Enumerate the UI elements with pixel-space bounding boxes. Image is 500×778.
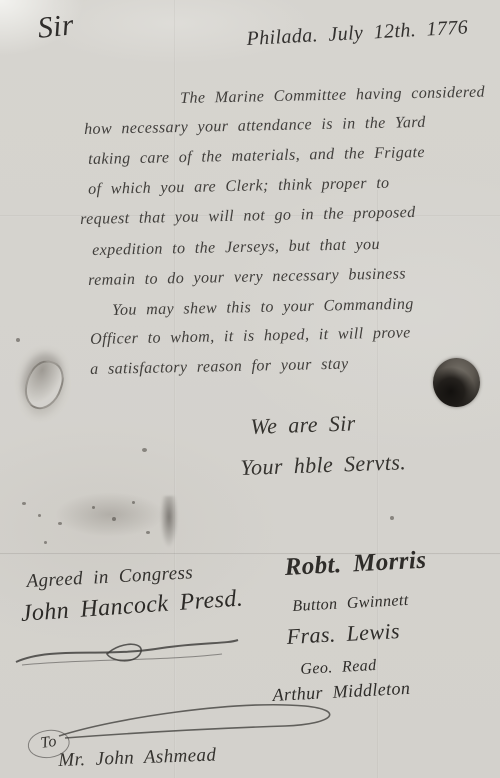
speck (390, 516, 394, 520)
speck (16, 338, 20, 342)
endorsement-line: Agreed in Congress (26, 562, 194, 593)
letter-page: Sir Philada. July 12th. 1776 The Marine … (0, 0, 500, 778)
body-line: Officer to whom, it is hoped, it will pr… (90, 324, 411, 349)
dateline: Philada. July 12th. 1776 (246, 16, 469, 51)
speck (38, 514, 41, 517)
body-line: You may shew this to your Commanding (112, 296, 414, 320)
speck (112, 517, 116, 521)
body-line: how necessary your attendance is in the … (84, 114, 426, 139)
speck (92, 506, 95, 509)
body-line: request that you will not go in the prop… (80, 204, 416, 229)
speck (44, 541, 47, 544)
signature-gwinnett: Button Gwinnett (292, 592, 409, 616)
addressee-name: Mr. John Ashmead (58, 744, 217, 772)
closing-line: We are Sir (250, 410, 356, 440)
closing-line: Your hble Servts. (240, 449, 407, 481)
speck (142, 448, 147, 452)
hancock-flourish (12, 632, 242, 668)
hancock-signature: John Hancock Presd. (20, 585, 244, 627)
signature-lewis: Fras. Lewis (286, 618, 401, 650)
body-line: of which you are Clerk; think proper to (88, 175, 390, 199)
signature-read: Geo. Read (300, 657, 377, 679)
speck (132, 501, 135, 504)
wax-seal (433, 358, 480, 407)
body-line: expedition to the Jerseys, but that you (92, 236, 380, 260)
address-flourish (55, 698, 355, 740)
body-line: remain to do your very necessary busines… (88, 265, 406, 290)
salutation: Sir (36, 8, 76, 46)
speck (146, 531, 150, 534)
body-line: taking care of the materials, and the Fr… (88, 144, 425, 169)
signature-morris: Robt. Morris (284, 547, 427, 582)
fold-stain-blob (160, 496, 178, 548)
body-line: a satisfactory reason for your stay (90, 356, 349, 379)
body-line: The Marine Committee having considered (180, 84, 485, 108)
ink-stain-ring (19, 356, 69, 415)
speck (22, 502, 26, 505)
speck (58, 522, 62, 525)
